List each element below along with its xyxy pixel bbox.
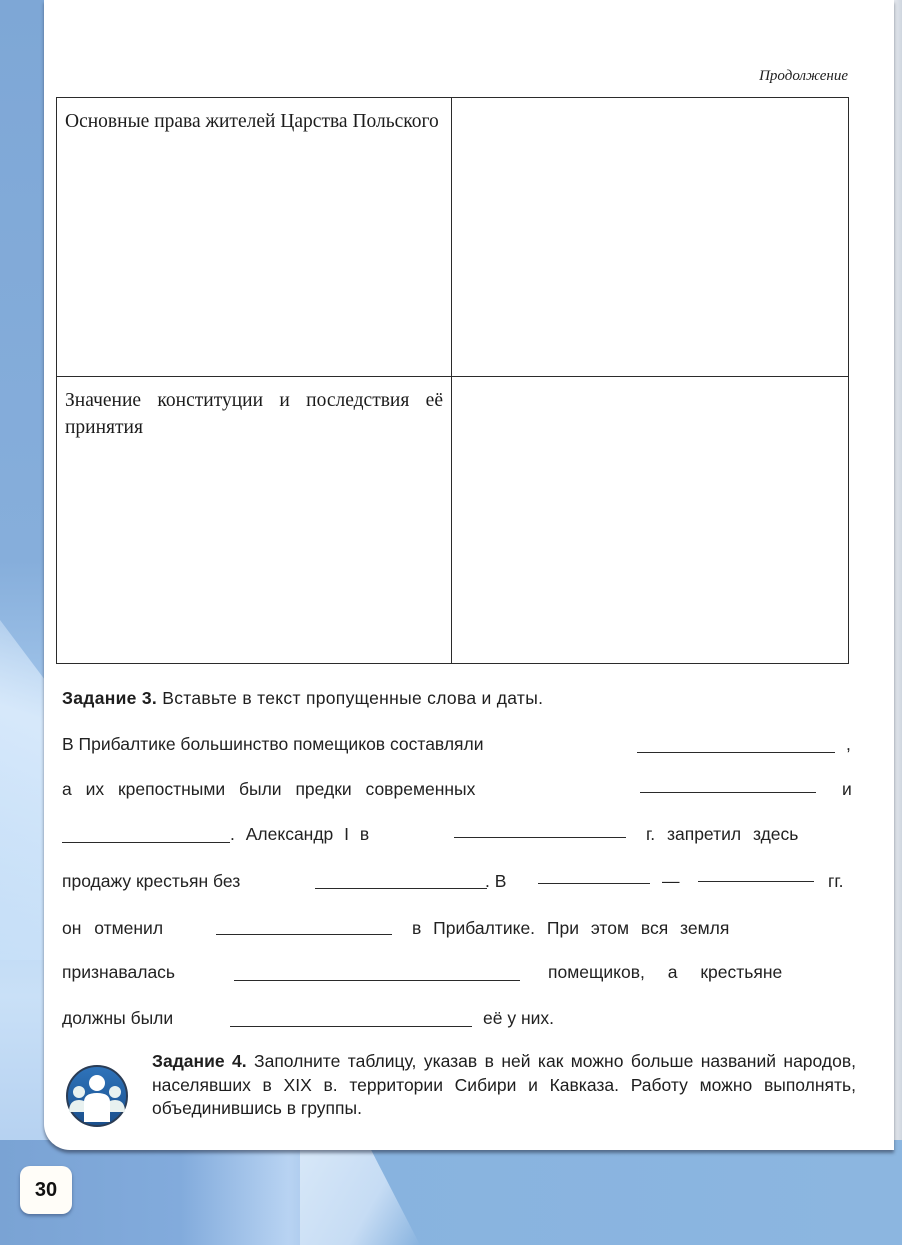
constitution-table: Основные права жителей Царства Польского… xyxy=(56,97,849,664)
task3-heading: Задание 3. Вставьте в текст пропущенные … xyxy=(62,688,543,709)
background-bottom-band xyxy=(0,1140,902,1245)
blank-field[interactable] xyxy=(230,1026,472,1027)
task4-number: Задание 4. xyxy=(152,1051,247,1071)
page-edge-strip xyxy=(894,0,902,1140)
blank-field[interactable] xyxy=(698,881,814,882)
text-segment: и xyxy=(842,779,852,800)
text-line: а их крепостными были предки современных… xyxy=(62,779,854,803)
text-segment: гг. xyxy=(828,871,844,892)
text-line: он отменил в Прибалтике. При этом вся зе… xyxy=(62,918,854,942)
blank-field[interactable] xyxy=(234,980,520,981)
text-line: признавалась помещиков, а крестьяне xyxy=(62,962,854,986)
table-row: Значение конституции и последствия её пр… xyxy=(57,377,849,664)
table-row: Основные права жителей Царства Польского xyxy=(57,98,849,377)
blank-field[interactable] xyxy=(216,934,392,935)
task3-instruction: Вставьте в текст пропущенные слова и дат… xyxy=(157,688,543,708)
text-segment: г. запретил здесь xyxy=(646,824,798,845)
continuation-label: Продолжение xyxy=(759,68,848,85)
text-line: должны были её у них. xyxy=(62,1008,854,1032)
blank-field[interactable] xyxy=(315,888,487,889)
text-segment: — xyxy=(662,871,680,892)
answer-cell[interactable] xyxy=(452,98,849,377)
blank-field[interactable] xyxy=(62,842,230,843)
text-segment: а их крепостными были предки современных xyxy=(62,779,475,800)
text-segment: её у них. xyxy=(483,1008,554,1029)
text-segment: помещиков, а крестьяне xyxy=(548,962,782,983)
page-number-badge: 30 xyxy=(20,1166,72,1214)
task4-instruction: Заполните таблицу, указав в ней как можн… xyxy=(152,1051,856,1118)
text-segment: продажу крестьян без xyxy=(62,871,240,892)
row-label-cell: Основные права жителей Царства Польского xyxy=(57,98,452,377)
page-number: 30 xyxy=(35,1179,57,1202)
text-segment: в Прибалтике. При этом вся земля xyxy=(412,918,729,939)
text-segment: должны были xyxy=(62,1008,173,1029)
text-segment: В Прибалтике большинство помещиков соста… xyxy=(62,734,484,755)
row-label: Значение конституции и последствия её пр… xyxy=(65,387,443,441)
text-line: В Прибалтике большинство помещиков соста… xyxy=(62,734,854,758)
row-label-cell: Значение конституции и последствия её пр… xyxy=(57,377,452,664)
text-segment: признавалась xyxy=(62,962,175,983)
blank-field[interactable] xyxy=(637,752,835,753)
row-label: Основные права жителей Царства Польского xyxy=(65,108,443,135)
blank-field[interactable] xyxy=(538,883,650,884)
group-work-icon xyxy=(65,1064,129,1128)
answer-cell[interactable] xyxy=(452,377,849,664)
text-segment: . В xyxy=(485,871,506,892)
text-segment: , xyxy=(846,734,851,755)
blank-field[interactable] xyxy=(640,792,816,793)
text-segment: . Александр I в xyxy=(230,824,369,845)
blank-field[interactable] xyxy=(454,837,626,838)
text-line: продажу крестьян без . В — гг. xyxy=(62,871,854,895)
text-line: . Александр I в г. запретил здесь xyxy=(62,824,854,848)
text-segment: он отменил xyxy=(62,918,163,939)
task4-text: Задание 4. Заполните таблицу, указав в н… xyxy=(152,1050,856,1121)
task3-number: Задание 3. xyxy=(62,688,157,708)
